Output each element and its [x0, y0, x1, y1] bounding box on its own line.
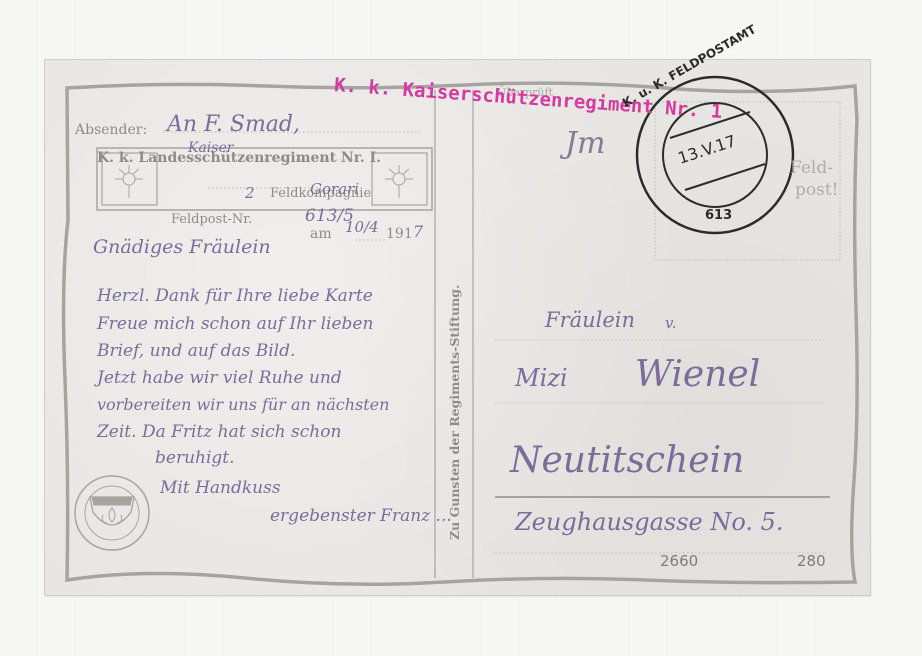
company-number: 2 [245, 184, 255, 202]
recipient-city: Neutitschein [510, 440, 744, 481]
school-association-emblem-icon [75, 476, 149, 550]
recipient-title: Fräulein [545, 308, 635, 332]
message-line: Freue mich schon auf Ihr lieben [97, 314, 373, 334]
pencil-note-left: 2660 [660, 552, 698, 570]
recipient-first-name: Mizi [515, 364, 568, 392]
regiment-correction: Kaiser [188, 140, 233, 156]
message-line: ergebenster Franz ... [270, 506, 452, 526]
feldpost-label: Feldpost-Nr. [171, 212, 252, 227]
absender-handwritten: An F. Smad, [167, 112, 300, 137]
absender-label: Absender: [75, 122, 147, 138]
company-correction: Gorari [310, 180, 359, 198]
postmark-office-number: 613 [705, 208, 732, 223]
year-printed: 191 [386, 226, 413, 242]
message-line: vorbereiten wir uns für an nächsten [97, 395, 389, 414]
recipient-von: v. [665, 314, 676, 332]
year-handwritten: 7 [413, 222, 423, 241]
censor-signature: Jm [565, 126, 605, 161]
recipient-street: Zeughausgasse No. 5. [515, 508, 784, 536]
pencil-note-right: 280 [797, 552, 826, 570]
message-line: Mit Handkuss [160, 478, 281, 498]
recipient-last-name: Wienel [635, 354, 760, 395]
message-line: Herzl. Dank für Ihre liebe Karte [97, 286, 373, 306]
stamp-box-label-2: post! [795, 180, 839, 200]
regiment-printed: K. k. Landesschützenregiment Nr. I. [97, 150, 381, 166]
postcard: Absender: An F. Smad, K. k. Landesschütz… [45, 60, 870, 595]
message-line: Jetzt habe wir viel Ruhe und [97, 368, 342, 388]
message-line: Brief, und auf das Bild. [97, 341, 295, 361]
divider-text: Zu Gunsten der Regiments-Stiftung. [447, 285, 462, 540]
message-line: Gnädiges Fräulein [93, 236, 271, 258]
message-line: Zeit. Da Fritz hat sich schon [97, 422, 341, 442]
stamp-box-label-1: Feld- [790, 158, 833, 178]
date-handwritten: 10/4 [345, 218, 379, 236]
date-label: am [310, 226, 332, 242]
message-line: beruhigt. [155, 448, 235, 468]
